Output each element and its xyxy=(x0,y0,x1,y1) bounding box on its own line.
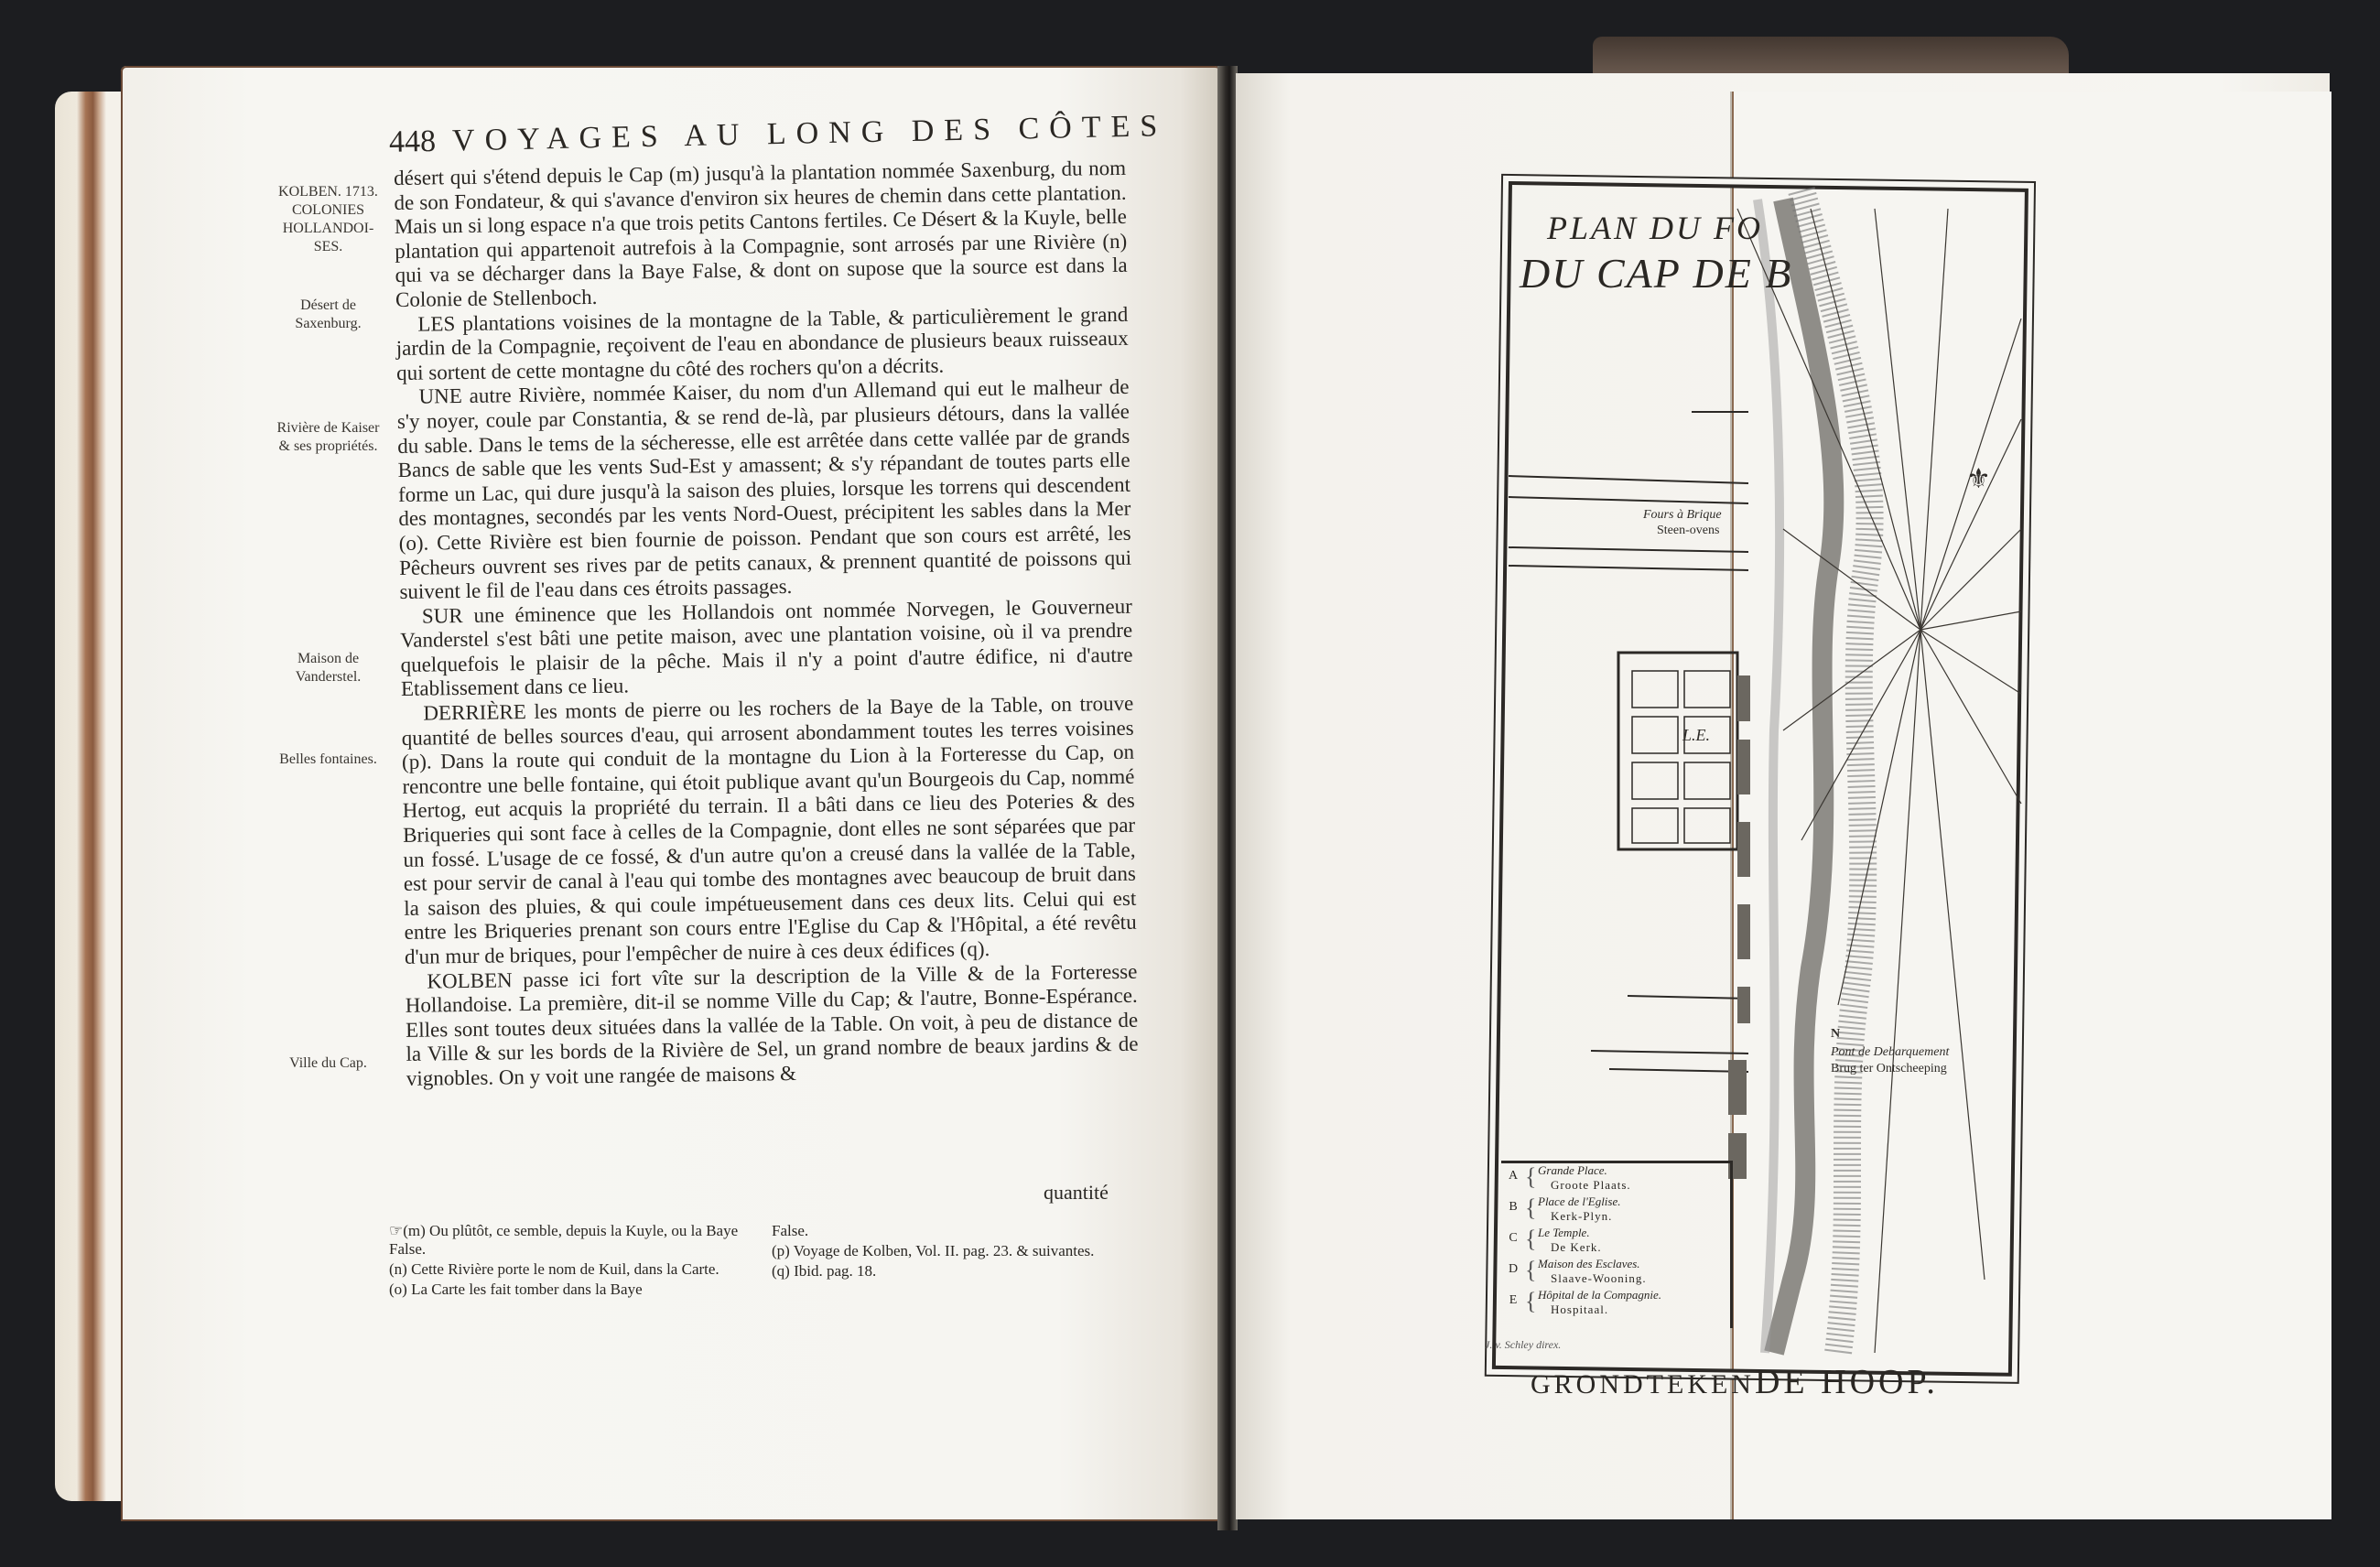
catchword: quantité xyxy=(1044,1181,1109,1205)
company-garden xyxy=(1618,653,1737,849)
legend-row: B{ Place de l'Eglise.Kerk-Plyn. xyxy=(1501,1194,1730,1226)
footnote: (q) Ibid. pag. 18. xyxy=(772,1262,1130,1281)
legend-row: D{ Maison des Esclaves.Slaave-Wooning. xyxy=(1501,1257,1730,1288)
margin-note: KOLBEN. 1713. COLONIES HOLLANDOI-SES. xyxy=(271,183,385,256)
paragraph: DERRIÈRE les monts de pierre ou les roch… xyxy=(401,692,1137,970)
footnotes-column-right: False. (p) Voyage de Kolben, Vol. II. pa… xyxy=(772,1222,1130,1301)
footnote: False. xyxy=(772,1222,1130,1240)
map-label-steen-ovens: Steen-ovens xyxy=(1657,524,1719,538)
margin-note: Belles fontaines. xyxy=(271,751,385,769)
book-gutter xyxy=(1217,66,1238,1530)
engraver-credit: J. v. Schley direx. xyxy=(1485,1338,1561,1352)
paragraph: LES plantations voisines de la montagne … xyxy=(395,302,1129,385)
footnote: (n) Cette Rivière porte le nom de Kuil, … xyxy=(389,1260,748,1279)
paragraph: UNE autre Rivière, nommée Kaiser, du nom… xyxy=(396,375,1131,604)
footnote: (o) La Carte les fait tomber dans la Bay… xyxy=(389,1281,748,1299)
margin-note: Ville du Cap. xyxy=(271,1054,385,1073)
map-label-north: N xyxy=(1831,1027,1840,1042)
map-label-pier-fr: Pont de Debarquement xyxy=(1831,1045,1949,1060)
map-title-line-1: PLAN DU FO xyxy=(1547,209,1763,247)
footnotes: ☞(m) Ou plûtôt, ce semble, depuis la Kuy… xyxy=(389,1222,1130,1301)
legend-row: E{ Hôpital de la Compagnie.Hospitaal. xyxy=(1501,1288,1730,1319)
map-bottom-title: GRONDTEKENDE HOOP. xyxy=(1531,1362,1939,1402)
footnote: (p) Voyage de Kolben, Vol. II. pag. 23. … xyxy=(772,1242,1130,1260)
fleur-de-lis-icon: ⚜ xyxy=(1966,464,1991,494)
margin-note: Désert de Saxenburg. xyxy=(271,297,385,333)
map-title-line-2: DU CAP DE B xyxy=(1520,249,1792,297)
page-number: 448 xyxy=(389,124,437,159)
footnote: ☞(m) Ou plûtôt, ce semble, depuis la Kuy… xyxy=(389,1222,748,1259)
legend-row: C{ Le Temple.De Kerk. xyxy=(1501,1226,1730,1257)
book-page-edges xyxy=(55,92,128,1501)
map-label-garden: L.E. xyxy=(1682,726,1710,745)
map-legend: A{ Grande Place.Groote Plaats. B{ Place … xyxy=(1501,1161,1733,1328)
legend-row: A{ Grande Place.Groote Plaats. xyxy=(1501,1163,1730,1194)
paragraph: SUR une éminence que les Hollandois ont … xyxy=(400,594,1133,702)
margin-note: Rivière de Kaiser & ses propriétés. xyxy=(271,419,385,456)
body-text: désert qui s'étend depuis le Cap (m) jus… xyxy=(394,157,1139,1092)
paragraph: désert qui s'étend depuis le Cap (m) jus… xyxy=(394,157,1128,313)
map-label-pier-nl: Brug ter Ontscheeping xyxy=(1831,1062,1947,1076)
map-label-brick-ovens: Fours à Brique xyxy=(1643,508,1722,523)
margin-note: Maison de Vanderstel. xyxy=(271,650,385,686)
footnotes-column-left: ☞(m) Ou plûtôt, ce semble, depuis la Kuy… xyxy=(389,1222,748,1301)
paragraph: KOLBEN passe ici fort vîte sur la descri… xyxy=(405,959,1139,1091)
